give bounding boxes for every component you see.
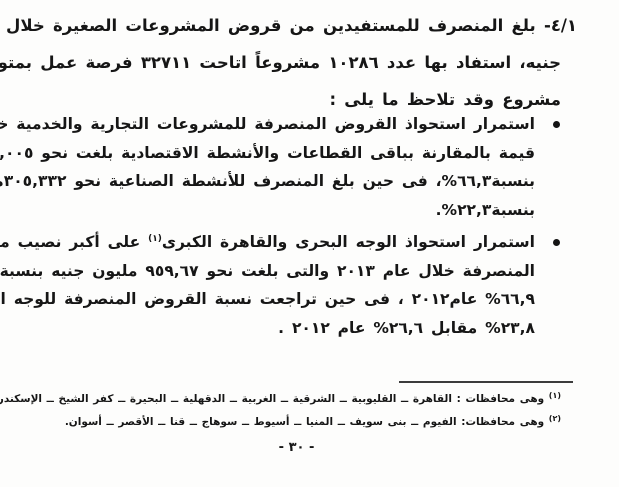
- footnote-1-text: وهى محافظات : القاهرة ــ القليوبية ــ ال…: [0, 393, 544, 405]
- bullet2-line-2: المنصرفة خلال عام ٢٠١٣ والتى بلغت نحو ٩٥…: [16, 257, 535, 286]
- bullet-item-commercial-loans: استمرار استحواذ القروض المنصرفة للمشروعا…: [16, 110, 564, 224]
- heading-line-2: جنيه، استفاد بها عدد ١٠٢٨٦ مشروعاً اتاحت…: [20, 44, 561, 81]
- footnote-2: (٢) وهى محافظات: الفيوم ــ بنى سويف ــ ا…: [8, 411, 561, 434]
- section-heading: ٤/١- بلغ المنصرف للمستفيدين من قروض المش…: [20, 7, 577, 118]
- bullet2-line-1-text: استمرار استحواذ الوجه البحرى والقاهرة ال…: [162, 233, 535, 251]
- bullet-icon: [553, 121, 560, 128]
- page-number: - ٣٠ -: [0, 440, 606, 455]
- bullet2-line-3: ٦٦,٩% عام٢٠١٢ ، فى حين تراجعت نسبة القرو…: [16, 285, 535, 314]
- bullet1-line-3: بنسبة٦٦,٣%، فى حين بلغ المنصرف للأنشطة ا…: [16, 167, 535, 196]
- bullet2-line-1-cont: على أكبر نصيب من قيمة القروض: [0, 233, 148, 251]
- footnote-1: (١) وهى محافظات : القاهرة ــ القليوبية ـ…: [8, 388, 561, 411]
- bullet1-line-1: استمرار استحواذ القروض المنصرفة للمشروعا…: [16, 110, 535, 139]
- bullet-icon: [553, 239, 560, 246]
- bullet-list: استمرار استحواذ القروض المنصرفة للمشروعا…: [16, 110, 564, 342]
- bullet2-line-1: استمرار استحواذ الوجه البحرى والقاهرة ال…: [16, 228, 535, 257]
- footnote-1-marker: (١): [549, 391, 561, 400]
- footnote-ref-1: (١): [148, 234, 162, 244]
- footnote-2-marker: (٢): [549, 414, 561, 423]
- footnotes: (١) وهى محافظات : القاهرة ــ القليوبية ـ…: [8, 388, 561, 434]
- document-page: ٤/١- بلغ المنصرف للمستفيدين من قروض المش…: [0, 0, 619, 487]
- footnote-separator-rule: [399, 381, 573, 383]
- heading-line-1: ٤/١- بلغ المنصرف للمستفيدين من قروض المش…: [20, 7, 577, 44]
- bullet2-line-4: ٢٣,٨% مقابل ٢٦,٦% عام ٢٠١٢ .: [16, 314, 535, 343]
- bullet2-line-3-text: ٦٦,٩% عام٢٠١٢ ، فى حين تراجعت نسبة القرو…: [0, 290, 535, 308]
- bullet1-line-2: قيمة بالمقارنة بباقى القطاعات والأنشطة ا…: [16, 139, 535, 168]
- bullet-item-regional-loans: استمرار استحواذ الوجه البحرى والقاهرة ال…: [16, 228, 564, 342]
- footnote-2-text: وهى محافظات: الفيوم ــ بنى سويف ــ المني…: [65, 416, 544, 428]
- bullet1-line-4: بنسبة٢٢,٣%.: [16, 196, 535, 225]
